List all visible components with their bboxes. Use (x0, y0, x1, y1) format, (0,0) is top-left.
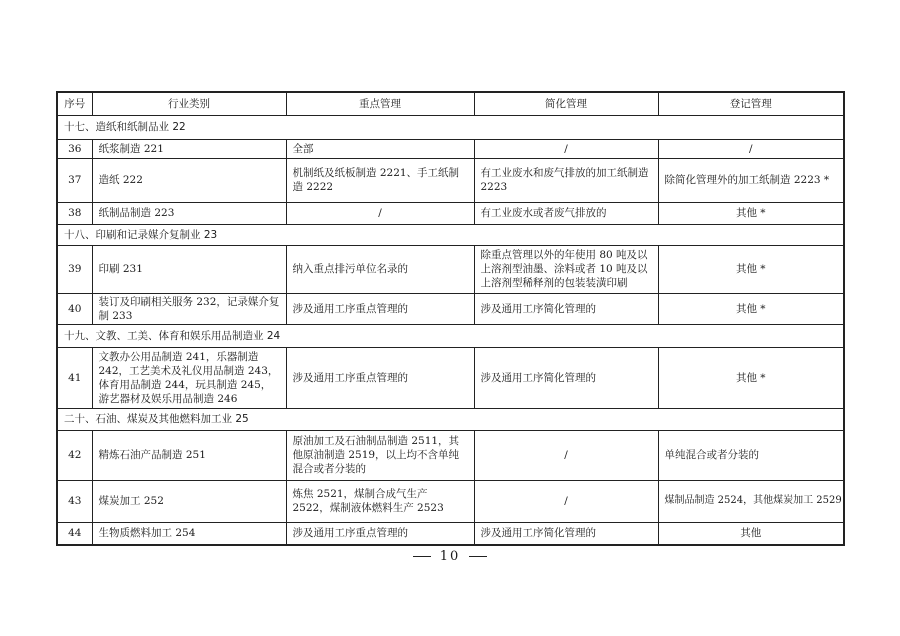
registration-management: / (658, 139, 844, 158)
section-row: 十九、文教、工美、体育和娱乐用品制造业 24 (57, 324, 844, 347)
simplified-management: 有工业废水或者废气排放的 (474, 202, 658, 224)
page-footer: 10 (0, 549, 900, 564)
table-row: 39 印刷 231 纳入重点排污单位名录的 除重点管理以外的年使用 80 吨及以… (57, 245, 844, 293)
header-simplified-management: 简化管理 (474, 92, 658, 115)
key-management: 涉及通用工序重点管理的 (286, 347, 474, 408)
section-title: 十七、造纸和纸制品业 22 (57, 115, 844, 139)
industry-category: 煤炭加工 252 (92, 480, 286, 522)
section-title: 十八、印刷和记录媒介复制业 23 (57, 224, 844, 245)
simplified-management: 涉及通用工序简化管理的 (474, 347, 658, 408)
registration-management: 其他 * (658, 347, 844, 408)
simplified-management: 除重点管理以外的年使用 80 吨及以上溶剂型油墨、涂料或者 10 吨及以上溶剂型… (474, 245, 658, 293)
dash-left (413, 556, 431, 557)
row-number: 42 (57, 430, 92, 480)
industry-category: 生物质燃料加工 254 (92, 522, 286, 545)
table-row: 44 生物质燃料加工 254 涉及通用工序重点管理的 涉及通用工序简化管理的 其… (57, 522, 844, 545)
registration-management: 单纯混合或者分装的 (658, 430, 844, 480)
page-number: 10 (440, 549, 461, 564)
table-row: 42 精炼石油产品制造 251 原油加工及石油制品制造 2511，其他原油制造 … (57, 430, 844, 480)
key-management: 原油加工及石油制品制造 2511，其他原油制造 2519，以上均不含单纯混合或者… (286, 430, 474, 480)
row-number: 43 (57, 480, 92, 522)
table-row: 38 纸制品制造 223 / 有工业废水或者废气排放的 其他 * (57, 202, 844, 224)
key-management: 涉及通用工序重点管理的 (286, 293, 474, 324)
table-row: 41 文教办公用品制造 241，乐器制造 242，工艺美术及礼仪用品制造 243… (57, 347, 844, 408)
row-number: 37 (57, 158, 92, 202)
registration-management: 煤制品制造 2524，其他煤炭加工 2529 (658, 480, 844, 522)
header-key-management: 重点管理 (286, 92, 474, 115)
registration-management: 其他 (658, 522, 844, 545)
section-row: 十七、造纸和纸制品业 22 (57, 115, 844, 139)
section-title: 二十、石油、煤炭及其他燃料加工业 25 (57, 408, 844, 430)
industry-category: 纸浆制造 221 (92, 139, 286, 158)
row-number: 41 (57, 347, 92, 408)
row-number: 36 (57, 139, 92, 158)
industry-category: 造纸 222 (92, 158, 286, 202)
industry-category: 纸制品制造 223 (92, 202, 286, 224)
simplified-management: 有工业废水和废气排放的加工纸制造 2223 (474, 158, 658, 202)
key-management: 机制纸及纸板制造 2221、手工纸制造 2222 (286, 158, 474, 202)
industry-category: 文教办公用品制造 241，乐器制造 242，工艺美术及礼仪用品制造 243，体育… (92, 347, 286, 408)
header-industry-category: 行业类别 (92, 92, 286, 115)
simplified-management: 涉及通用工序简化管理的 (474, 293, 658, 324)
registration-management: 其他 * (658, 245, 844, 293)
row-number: 39 (57, 245, 92, 293)
registration-management: 除简化管理外的加工纸制造 2223 * (658, 158, 844, 202)
table-header-row: 序号 行业类别 重点管理 简化管理 登记管理 (57, 92, 844, 115)
simplified-management: / (474, 430, 658, 480)
key-management: 全部 (286, 139, 474, 158)
row-number: 38 (57, 202, 92, 224)
simplified-management: / (474, 480, 658, 522)
section-title: 十九、文教、工美、体育和娱乐用品制造业 24 (57, 324, 844, 347)
registration-management: 其他 * (658, 293, 844, 324)
simplified-management: 涉及通用工序简化管理的 (474, 522, 658, 545)
key-management: / (286, 202, 474, 224)
registration-management: 其他 * (658, 202, 844, 224)
row-number: 44 (57, 522, 92, 545)
row-number: 40 (57, 293, 92, 324)
section-row: 二十、石油、煤炭及其他燃料加工业 25 (57, 408, 844, 430)
dash-right (469, 556, 487, 557)
table-row: 43 煤炭加工 252 炼焦 2521，煤制合成气生产 2522，煤制液体燃料生… (57, 480, 844, 522)
header-serial: 序号 (57, 92, 92, 115)
simplified-management: / (474, 139, 658, 158)
industry-category: 装订及印刷相关服务 232，记录媒介复制 233 (92, 293, 286, 324)
table-row: 40 装订及印刷相关服务 232，记录媒介复制 233 涉及通用工序重点管理的 … (57, 293, 844, 324)
permit-classification-table: 序号 行业类别 重点管理 简化管理 登记管理 十七、造纸和纸制品业 22 36 … (56, 91, 845, 546)
key-management: 炼焦 2521，煤制合成气生产 2522，煤制液体燃料生产 2523 (286, 480, 474, 522)
header-registration-management: 登记管理 (658, 92, 844, 115)
table-row: 36 纸浆制造 221 全部 / / (57, 139, 844, 158)
key-management: 涉及通用工序重点管理的 (286, 522, 474, 545)
table-row: 37 造纸 222 机制纸及纸板制造 2221、手工纸制造 2222 有工业废水… (57, 158, 844, 202)
section-row: 十八、印刷和记录媒介复制业 23 (57, 224, 844, 245)
key-management: 纳入重点排污单位名录的 (286, 245, 474, 293)
industry-category: 精炼石油产品制造 251 (92, 430, 286, 480)
industry-category: 印刷 231 (92, 245, 286, 293)
